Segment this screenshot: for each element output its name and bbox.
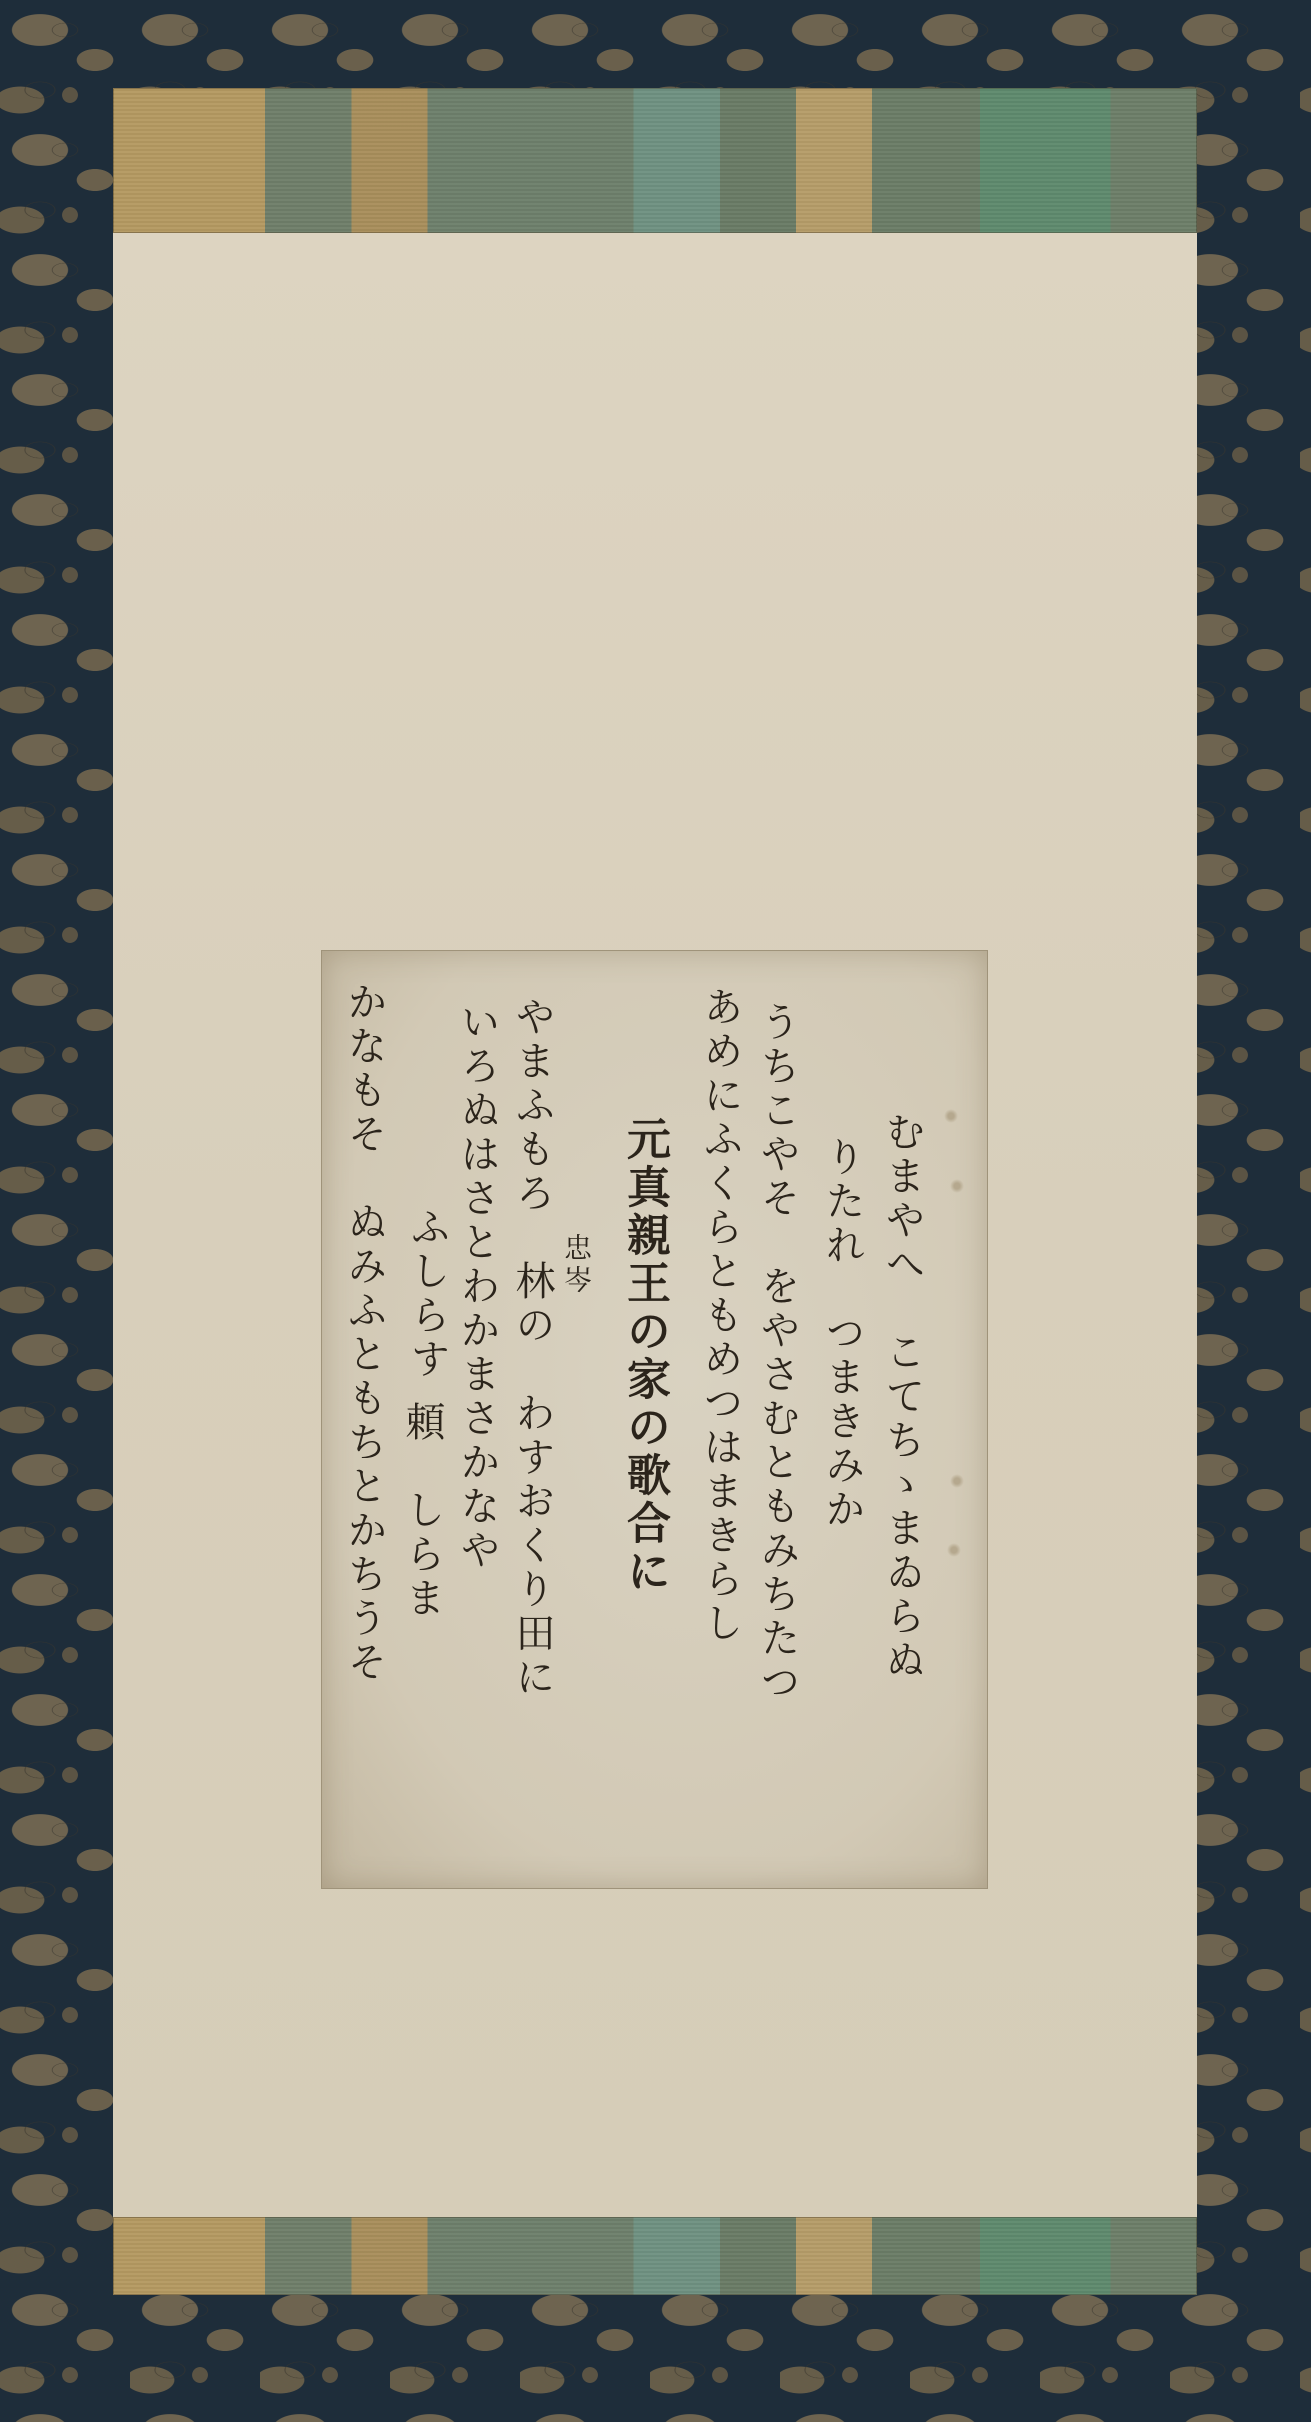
calligraphy-column-3: うちこやそ をやさむともみちたつ	[757, 1001, 797, 1705]
bottom-ichimonji-brocade	[113, 2217, 1197, 2295]
paper-speck	[947, 1543, 961, 1557]
calligraphy-column-7: やまふもろ 林の わすおくり田に	[512, 996, 552, 1700]
calligraphy-column-9: ふしらす	[407, 1206, 447, 1382]
calligraphy-column-1: むまやへ こてちゝまゐらぬ	[882, 1111, 922, 1683]
calligraphy-column-5-heading: 元真親王の家の歌合に	[622, 1116, 666, 1596]
hanging-scroll: むまやへ こてちゝまゐらぬ りたれ つまきみか うちこやそ をやさむともみちたつ…	[0, 0, 1311, 2422]
calligraphy-column-2: りたれ つまきみか	[822, 1136, 862, 1532]
calligraphy-column-10: 頼 しらま	[402, 1401, 442, 1621]
calligraphy-shikishi: むまやへ こてちゝまゐらぬ りたれ つまきみか うちこやそ をやさむともみちたつ…	[322, 951, 987, 1888]
calligraphy-column-6-poet: 忠岑	[562, 1233, 590, 1297]
paper-speck	[950, 1179, 964, 1193]
calligraphy-column-11: かなもそ ぬみふともちとかちうそ	[344, 981, 384, 1685]
top-ichimonji-brocade	[113, 88, 1197, 233]
calligraphy-column-4: あめにふくらともめつはまきらし	[700, 986, 740, 1646]
paper-speck	[944, 1109, 958, 1123]
calligraphy-column-8: いろぬはさとわかまさかなや	[457, 1001, 497, 1573]
paper-speck	[950, 1474, 964, 1488]
